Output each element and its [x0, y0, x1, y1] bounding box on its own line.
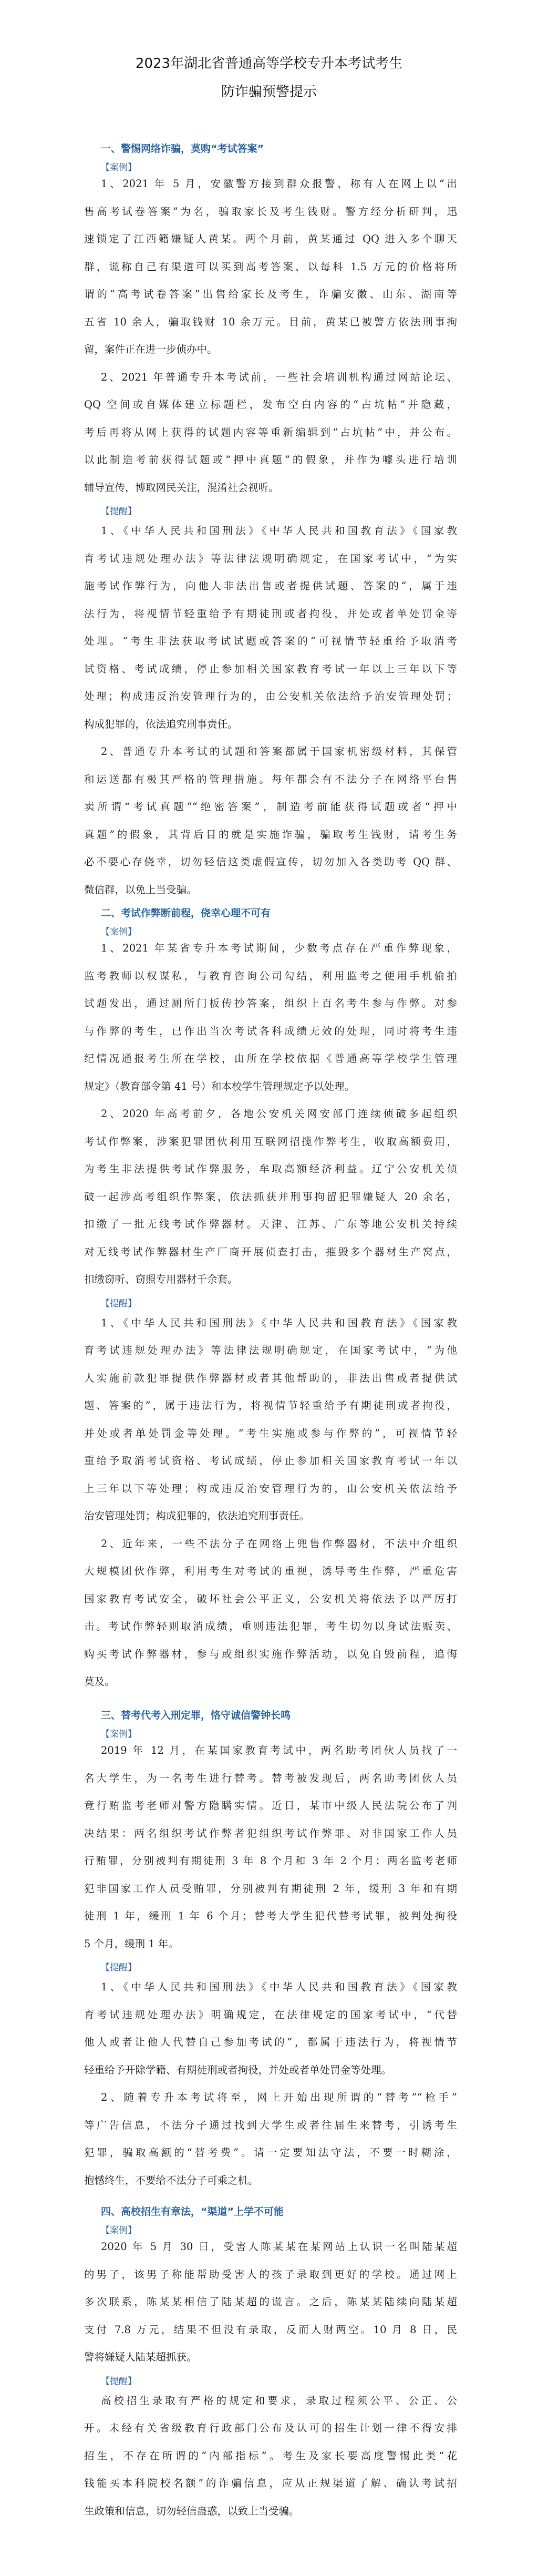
paragraph-line: 2、2021 年普通专升本考试前，一些社会培训机构通过网站论坛、	[101, 369, 457, 384]
paragraph-line: 规定》（教育部令第 41 号）和本校学生管理规定予以处理。	[84, 1078, 457, 1093]
paragraph-line: 1、2021 年某省专升本考试期间，少数考点存在严重作弊现象，	[101, 940, 457, 955]
paragraph-line: 购买考试作弊器材，参与或组织实施作弊活动，以免自毁前程，追悔	[84, 1646, 457, 1661]
paragraph-line: 治安管理处罚；构成犯罪的，依法追究刑事责任。	[84, 1508, 457, 1522]
paragraph-line: 徒刑 1 年，缓刑 1 年 6 个月；替考大学生犯代替考试罪，被判处拘役	[84, 1908, 457, 1923]
paragraph-line: 犯非国家工作人员受贿罪，分别被判有期徒刑 2 年，缓刑 3 年和有期	[84, 1880, 457, 1895]
paragraph-line: 五省 10 余人，骗取钱财 10 余万元。目前，黄某已被警方依法刑事拘	[84, 314, 457, 329]
reminder-label: 【提醒】	[101, 2374, 137, 2387]
document-title-line-1: 2023年湖北省普通高等学校专升本考试考生	[0, 53, 538, 72]
paragraph-line: 对无线考试作弊器材生产厂商开展侦查打击，摧毁多个器材生产窝点，	[84, 1244, 457, 1259]
paragraph-line: 行贿罪，分别被判有期徒刑 3 年 8 个月和 3 年 2 个月；两名监考老师	[84, 1853, 457, 1867]
paragraph-line: 人实施前款犯罪提供作弊器材或者其他帮助的，非法出售或者提供试	[84, 1370, 457, 1385]
paragraph-line: 1、《中华人民共和国刑法》《中华人民共和国教育法》《国家教	[101, 523, 457, 537]
paragraph-line: 试资格、考试成绩，停止参加相关国家教育考试一年以上三年以下等	[84, 661, 457, 676]
paragraph-line: 施考试作弊行为，向他人非法出售或者提供试题、答案的”，属于违	[84, 578, 457, 592]
paragraph-line: 支付 7.8 万元，结果不但没有录取，反而人财两空。10 月 8 日，民	[84, 2322, 457, 2336]
paragraph-line: 2、普通专升本考试的试题和答案都属于国家机密级材料，其保管	[101, 743, 457, 758]
paragraph-line: 扣缴窃听、窃照专用器材千余套。	[84, 1271, 457, 1286]
paragraph-line: 国家教育考试安全，破坏社会公平正义，公安机关将依法予以严厉打	[84, 1591, 457, 1606]
paragraph-line: 他人或者让他人代替自己参加考试的”，都属于违法行为，将视情节	[84, 2034, 457, 2049]
paragraph-line: 2、近年来，一些不法分子在网络上兜售作弊器材，不法中介组织	[101, 1536, 457, 1550]
paragraph-line: 谓的“高考试卷答案”出售给家长及考生，诈骗安徽、山东、湖南等	[84, 286, 457, 301]
paragraph-line: 2、随着专升本考试将至，网上开始出现所谓的“替考”“枪手”	[101, 2089, 457, 2104]
paragraph-line: 题、答案的”，属于违法行为，将视情节轻重给予有期徒刑或者拘役，	[84, 1397, 457, 1412]
paragraph-line: 1、《中华人民共和国刑法》《中华人民共和国教育法》《国家教	[101, 1315, 457, 1330]
paragraph-line: 多次联系，陈某某相信了陆某超的谎言。之后，陈某某陆续向陆某超	[84, 2294, 457, 2308]
paragraph-line: 1、《中华人民共和国刑法》《中华人民共和国教育法》《国家教	[101, 1979, 457, 1994]
paragraph-line: 处理；构成违反治安管理行为的，由公安机关依法给予治安管理处罚；	[84, 688, 457, 703]
paragraph-line: 开。未经有关省级教育行政部门公布及认可的招生计划一律不得安排	[84, 2420, 457, 2435]
paragraph-line: 留，案件正在进一步侦办中。	[84, 341, 457, 356]
paragraph-line: 招生，不存在所谓的“内部指标”。考生及家长要高度警惕此类“花	[84, 2448, 457, 2462]
paragraph-line: 为考生非法提供考试作弊服务，牟取高额经济利益。辽宁公安机关侦	[84, 1161, 457, 1175]
section-heading: 一、警惕网络诈骗，莫购“考试答案”	[101, 141, 264, 155]
paragraph-line: 考后再将从网上获得的试题内容等重新编辑到“占坑帖”中，并公布。	[84, 424, 457, 439]
paragraph-line: 与作弊的考生，已作出当次考试各科成绩无效的处理，同时将考生违	[84, 1023, 457, 1038]
paragraph-line: 大规模团伙作弊，利用考生对考试的重视，诱导考生作弊，严重危害	[84, 1563, 457, 1578]
case-label: 【案例】	[101, 924, 137, 937]
paragraph-line: 2、2020 年高考前夕，各地公安机关网安部门连续侦破多起组织	[101, 1106, 457, 1120]
paragraph-line: 育考试违规处理办法》等法律法规明确规定，在国家考试中，“为他	[84, 1342, 457, 1357]
paragraph-line: 决结果：两名组织考试作弊者犯组织考试作弊罪、对非国家工作人员	[84, 1825, 457, 1840]
paragraph-line: 5 个月，缓刑 1 年。	[84, 1936, 457, 1950]
reminder-label: 【提醒】	[101, 1960, 137, 1973]
paragraph-line: QQ 空间或自媒体建立标题栏，发布空白内容的“占坑帖”并隐藏，	[84, 396, 457, 411]
paragraph-line: 以此制造考前获得试题或“押中真题”的假象，并作为噱头进行培训	[84, 452, 457, 466]
paragraph-line: 真题”的假象，其背后目的就是实施诈骗，骗取考生钱财，请考生务	[84, 826, 457, 841]
paragraph-line: 法行为，将视情节轻重给予有期徒刑或者拘役，并处或者单处罚金等	[84, 606, 457, 620]
paragraph-line: 重给予取消考试资格、考试成绩，停止参加相关国家教育考试一年以	[84, 1453, 457, 1467]
paragraph-line: 击。考试作弊轻则取消成绩，重则违法犯罪，考生切勿以身试法贩卖、	[84, 1618, 457, 1633]
paragraph-line: 处理。“考生非法获取考试试题或答案的”可视情节轻重给予取消考	[84, 633, 457, 648]
paragraph-line: 构成犯罪的，依法追究刑事责任。	[84, 716, 457, 731]
paragraph-line: 并处或者单处罚金等处理。“考生实施或参与作弊的”，可视情节轻	[84, 1425, 457, 1440]
paragraph-line: 名大学生，为一名考生进行替考。替考被发现后，两名助考团伙人员	[84, 1770, 457, 1785]
paragraph-line: 群，谎称自己有渠道可以买到高考答案，以每科 1.5 万元的价格将所	[84, 259, 457, 273]
paragraph-line: 必不要心存侥幸，切勿轻信这类虚假宣传，切勿加入各类助考 QQ 群、	[84, 854, 457, 868]
case-label: 【案例】	[101, 2223, 137, 2236]
paragraph-line: 试题发出，通过厕所门板传抄答案，组织上百名考生参与作弊。对参	[84, 995, 457, 1010]
paragraph-line: 上三年以下等处理；构成违反治安管理行为的，由公安机关依法给予	[84, 1480, 457, 1495]
paragraph-line: 育考试违规处理办法》等法律法规明确规定，在国家考试中，“为实	[84, 550, 457, 565]
paragraph-line: 抱憾终生，不要给不法分子可乘之机。	[84, 2172, 457, 2187]
paragraph-line: 2019 年 12 月，在某国家教育考试中，两名助考团伙人员找了一	[101, 1742, 457, 1757]
paragraph-line: 和运送都有极其严格的管理措施。每年都会有不法分子在网络平台售	[84, 771, 457, 786]
paragraph-line: 生政策和信息，切勿轻信蛊惑，以致上当受骗。	[84, 2503, 457, 2518]
paragraph-line: 售高考试卷答案”为名，骗取家长及考生钱财。警方经分析研判，迅	[84, 203, 457, 218]
paragraph-line: 轻重给予开除学籍、有期徒刑或者拘役，并处或者单处罚金等处理。	[84, 2062, 457, 2077]
document-title-line-2: 防诈骗预警提示	[0, 81, 538, 100]
paragraph-line: 速锁定了江西籍嫌疑人黄某。两个月前，黄某通过 QQ 进入多个聊天	[84, 231, 457, 246]
paragraph-line: 2020 年 5 月 30 日，受害人陈某某在某网站上认识一名叫陆某超	[101, 2238, 457, 2253]
reminder-label: 【提醒】	[101, 1296, 137, 1309]
paragraph-line: 犯罪，骗取高额的“替考费”。请一定要知法守法，不要一时糊涂，	[84, 2144, 457, 2159]
paragraph-line: 高校招生录取有严格的规定和要求，录取过程须公平、公正、公	[101, 2393, 457, 2407]
paragraph-line: 育考试违规处理办法》明确规定，在法律规定的国家考试中，“代替	[84, 2007, 457, 2021]
paragraph-line: 1、2021 年 5 月，安徽警方接到群众报警，称有人在网上以“出	[101, 176, 457, 190]
paragraph-line: 竟行贿监考老师对警方隐瞒实情。近日，某市中级人民法院公布了判	[84, 1797, 457, 1812]
paragraph-line: 微信群，以免上当受骗。	[84, 882, 457, 896]
paragraph-line: 考试作弊案，涉案犯罪团伙利用互联网招揽作弊考生，收取高额费用，	[84, 1133, 457, 1148]
paragraph-line: 莫及。	[84, 1673, 457, 1688]
section-heading: 二、考试作弊断前程，侥幸心理不可有	[101, 905, 271, 919]
case-label: 【案例】	[101, 160, 137, 173]
paragraph-line: 破一起涉高考组织作弊案，依法抓获并刑事拘留犯罪嫌疑人 20 余名，	[84, 1189, 457, 1203]
section-heading: 四、高校招生有章法，“渠道”上学不可能	[101, 2204, 284, 2218]
paragraph-line: 等广告信息，不法分子通过找到大学生或者往届生来替考，引诱考生	[84, 2117, 457, 2132]
paragraph-line: 监考教师以权谋私，与教育咨询公司勾结，利用监考之便用手机偷拍	[84, 968, 457, 983]
paragraph-line: 钱能买本科院校名额”的诈骗信息，应从正规渠道了解、确认考试招	[84, 2475, 457, 2490]
paragraph-line: 卖所谓“考试真题”“绝密答案”，制造考前能获得试题或者“押中	[84, 799, 457, 813]
paragraph-line: 辅导宣传，博取网民关注，混淆社会视听。	[84, 479, 457, 494]
paragraph-line: 的男子，该男子称能帮助受害人的孩子录取到更好的学校。通过网上	[84, 2266, 457, 2281]
paragraph-line: 扣缴了一批无线考试作弊器材。天津、江苏、广东等地公安机关持续	[84, 1216, 457, 1231]
paragraph-line: 警将嫌疑人陆某超抓获。	[84, 2349, 457, 2364]
case-label: 【案例】	[101, 1726, 137, 1740]
section-heading: 三、替考代考入刑定罪，恪守诚信警钟长鸣	[101, 1708, 291, 1722]
reminder-label: 【提醒】	[101, 504, 137, 517]
paragraph-line: 纪情况通报考生所在学校，由所在学校依据《普通高等学校学生管理	[84, 1050, 457, 1065]
